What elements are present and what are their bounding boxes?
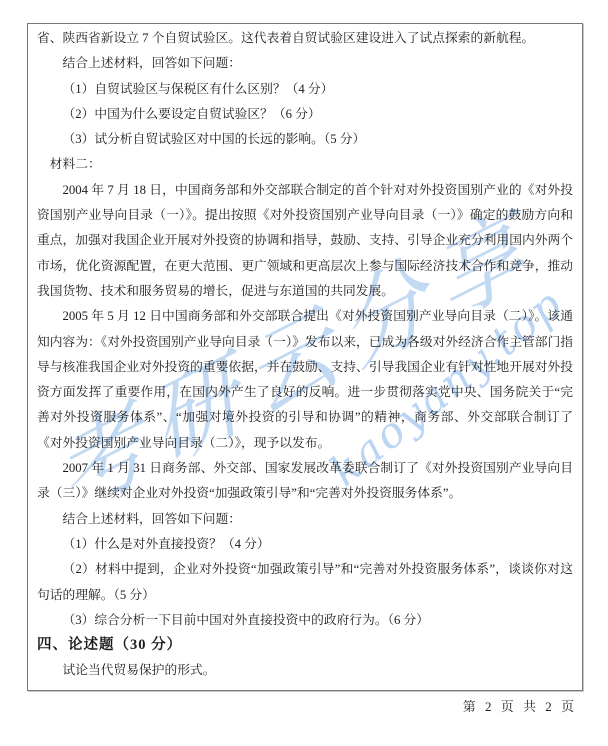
paragraph: 结合上述材料，回答如下问题： [37,51,573,76]
paragraph: （2）材料中提到，企业对外投资“加强政策引导”和“完善对外投资服务体系”，谈谈你… [37,557,573,608]
paragraph: （2）中国为什么要设定自贸试验区？（6 分） [37,102,573,127]
paragraph: 省、陕西省新设立 7 个自贸试验区。这代表着自贸试验区建设进入了试点探索的新航程… [37,26,573,51]
paragraph: 结合上述材料，回答如下问题： [37,507,573,532]
paragraph: 2004 年 7 月 18 日，中国商务部和外交部联合制定的首个针对对外投资国别… [37,178,573,304]
paragraph: 材料二： [37,152,573,177]
paragraph: 试论当代贸易保护的形式。 [37,658,573,683]
paragraph: （1）什么是对外直接投资？（4 分） [37,532,573,557]
document-border-box: 省、陕西省新设立 7 个自贸试验区。这代表着自贸试验区建设进入了试点探索的新航程… [27,23,583,691]
section-heading: 四、论述题（30 分） [37,633,573,658]
paragraph: （3）综合分析一下目前中国对外直接投资中的政府行为。（6 分） [37,608,573,633]
paragraph: （3）试分析自贸试验区对中国的长远的影响。（5 分） [37,127,573,152]
paragraph: 2005 年 5 月 12 日中国商务部和外交部联合提出《对外投资国别产业导向目… [37,304,573,456]
document-lines: 省、陕西省新设立 7 个自贸试验区。这代表着自贸试验区建设进入了试点探索的新航程… [37,26,573,684]
document-page: 考研云分享 kaoyany.top 省、陕西省新设立 7 个自贸试验区。这代表着… [0,0,608,746]
paragraph: 2007 年 1 月 31 日商务部、外交部、国家发展改革委联合制订了《对外投资… [37,456,573,507]
paragraph: （1）自贸试验区与保税区有什么区别？（4 分） [37,77,573,102]
page-number-footer: 第 2 页 共 2 页 [463,696,577,715]
